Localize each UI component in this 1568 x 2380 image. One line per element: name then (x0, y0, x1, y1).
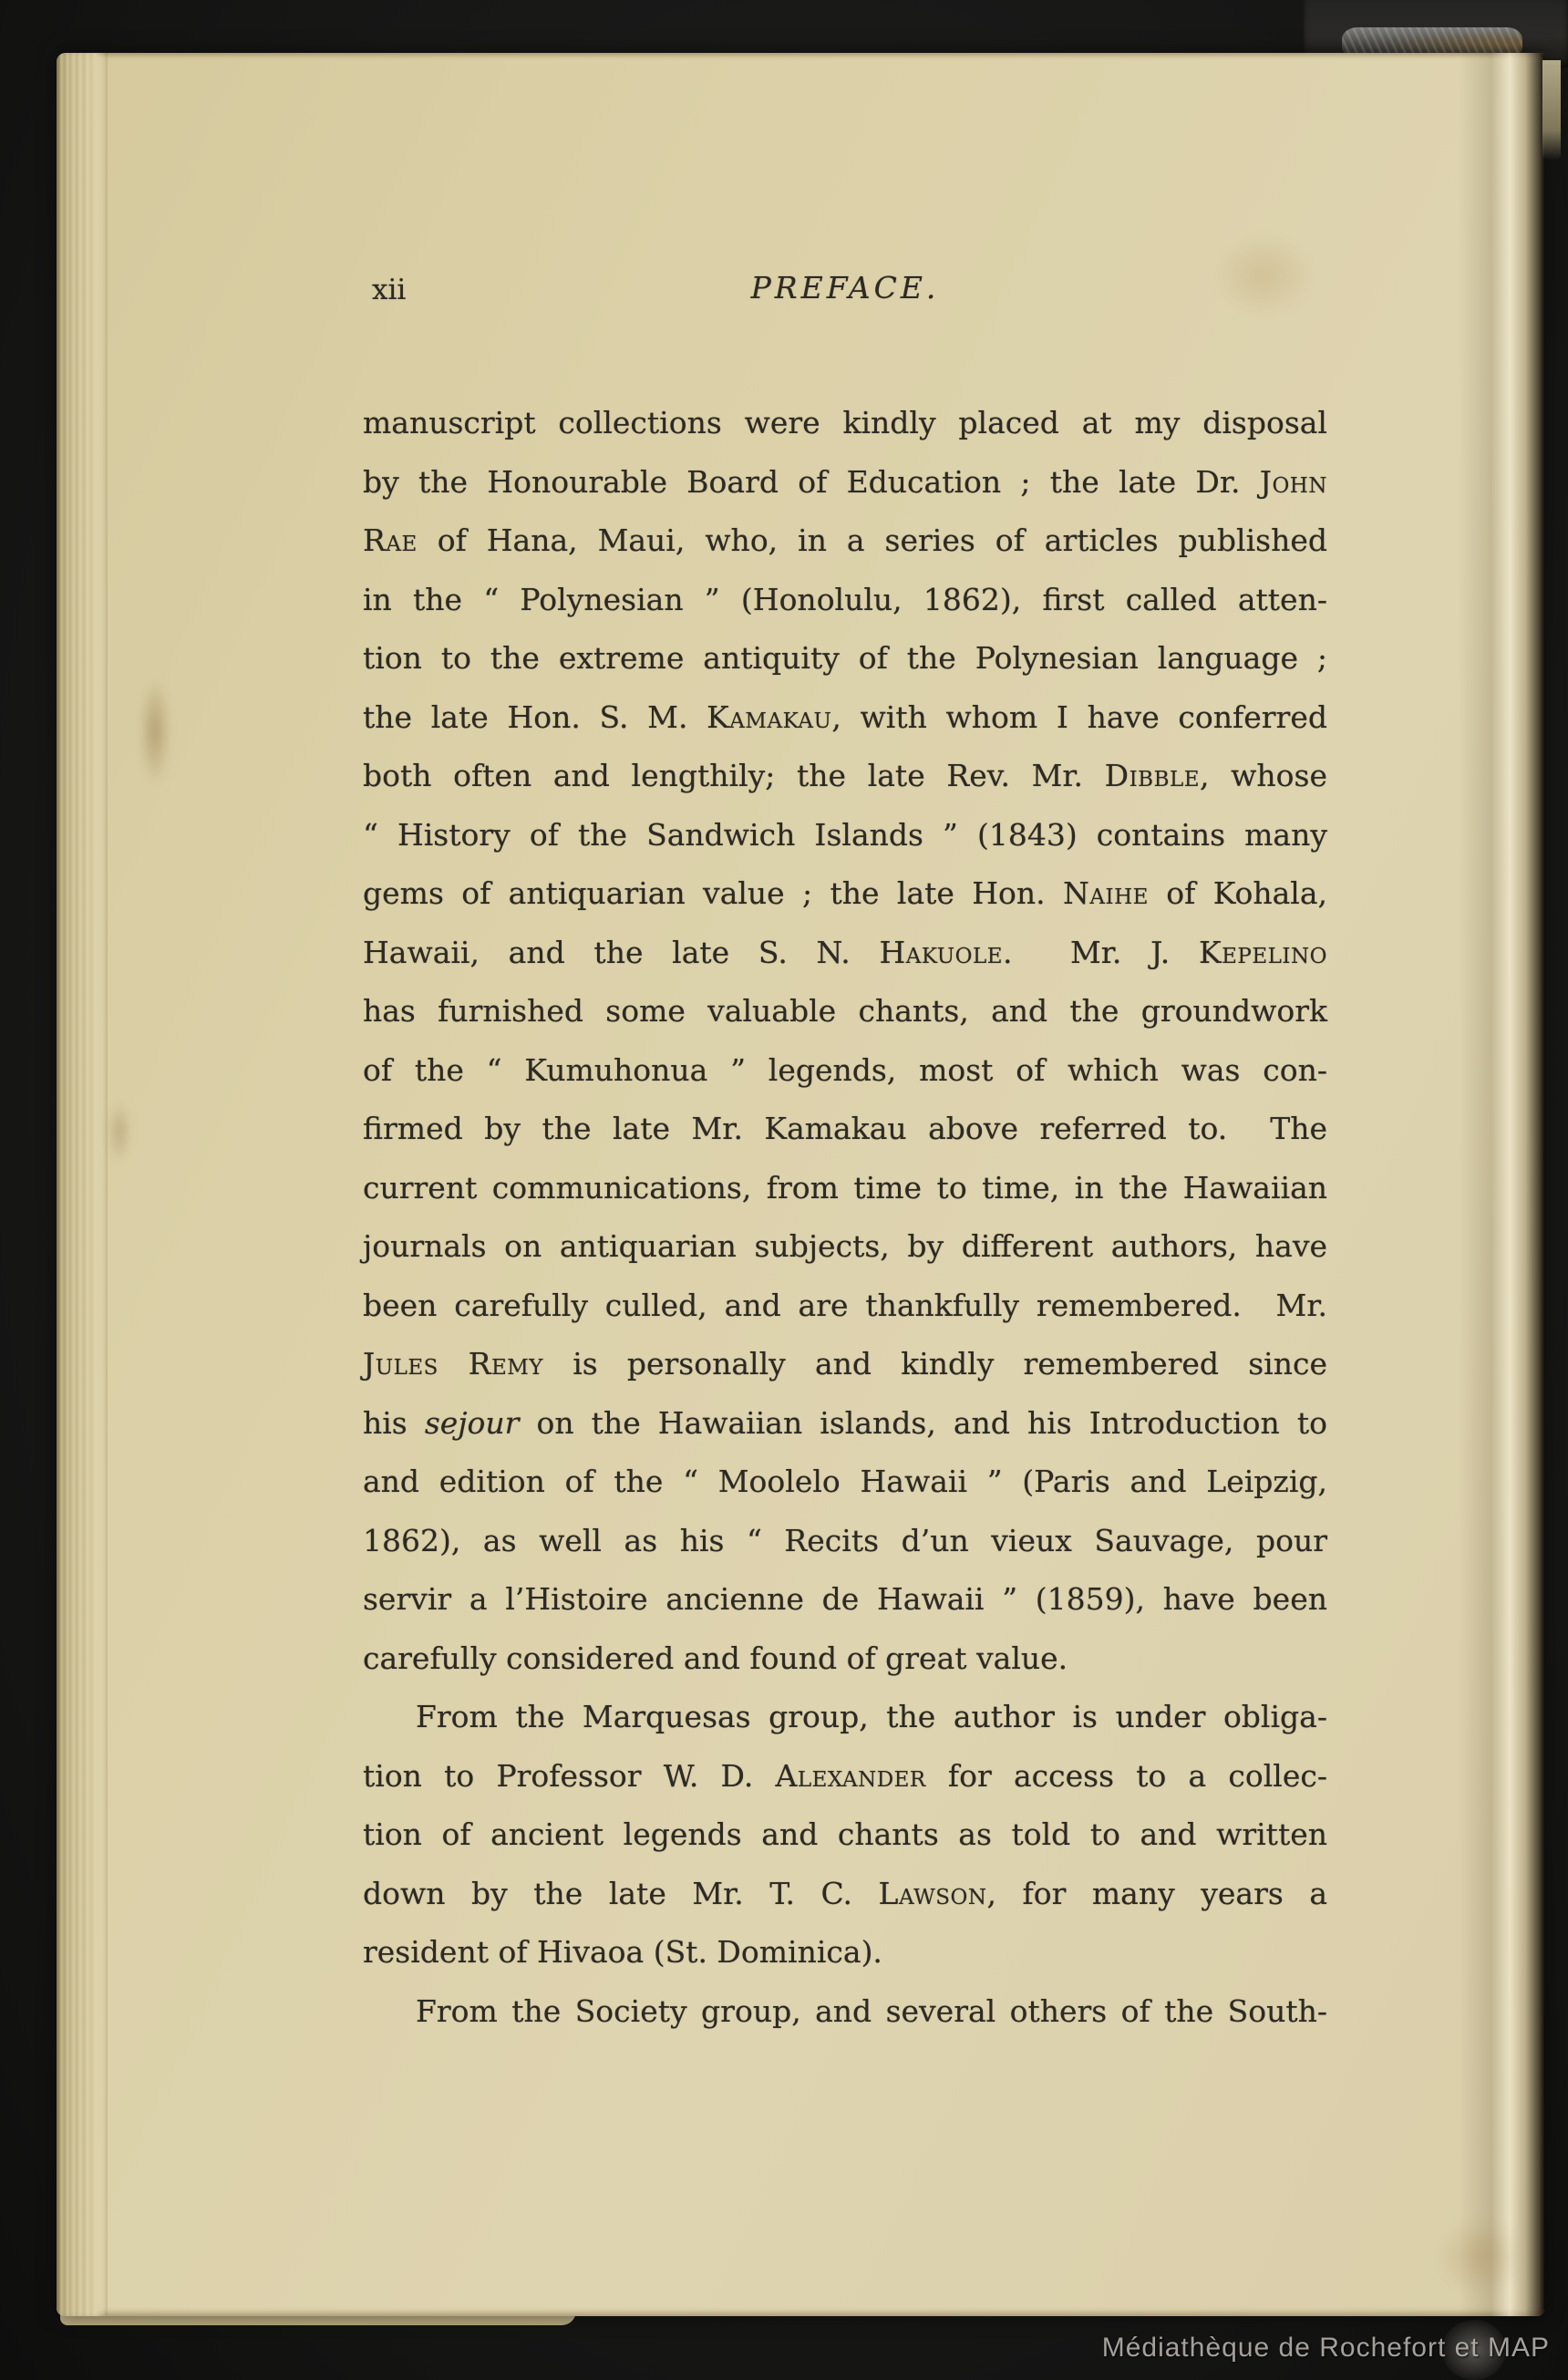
text-line: of the “ Kumuhonua ” legends, most of wh… (363, 1041, 1327, 1101)
text-line: resident of Hivaoa (St. Dominica). (363, 1923, 1327, 1982)
text-line: manuscript collections were kindly place… (363, 394, 1327, 453)
body-text: manuscript collections were kindly place… (363, 394, 1327, 2041)
text-line: by the Honourable Board of Education ; t… (363, 453, 1327, 512)
text-line: servir a l’Histoire ancienne de Hawaii ”… (363, 1570, 1327, 1630)
text-line: and edition of the “ Moolelo Hawaii ” (P… (363, 1453, 1327, 1512)
text-line: down by the late Mr. T. C. Lawson, for m… (363, 1865, 1327, 1924)
next-page-sliver (1542, 60, 1561, 160)
running-title: PREFACE. (363, 270, 1327, 305)
text-line: current communications, from time to tim… (363, 1159, 1327, 1218)
page-stain (1439, 2220, 1522, 2294)
page-stain (109, 1102, 129, 1162)
text-line: been carefully culled, and are thankfull… (363, 1277, 1327, 1336)
text-line: From the Marquesas group, the author is … (363, 1688, 1327, 1747)
text-line: carefully considered and found of great … (363, 1630, 1327, 1689)
text-line: in the “ Polynesian ” (Honolulu, 1862), … (363, 571, 1327, 630)
page-header: xii PREFACE. (363, 270, 1327, 316)
text-line: gems of antiquarian value ; the late Hon… (363, 864, 1327, 924)
text-line: tion of ancient legends and chants as to… (363, 1806, 1327, 1865)
text-line: his sejour on the Hawaiian islands, and … (363, 1394, 1327, 1454)
text-line: journals on antiquarian subjects, by dif… (363, 1217, 1327, 1277)
printed-text-area: xii PREFACE. manuscript collections were… (363, 270, 1327, 2041)
text-line: Jules Remy is personally and kindly reme… (363, 1335, 1327, 1394)
text-line: firmed by the late Mr. Kamakau above ref… (363, 1100, 1327, 1159)
text-line: Hawaii, and the late S. N. Hakuole. Mr. … (363, 924, 1327, 983)
text-line: Rae of Hana, Maui, who, in a series of a… (363, 512, 1327, 571)
text-line: tion to Professor W. D. Alexander for ac… (363, 1747, 1327, 1806)
page-stain (140, 680, 170, 782)
text-line: From the Society group, and several othe… (363, 1982, 1327, 2042)
book-photo: xii PREFACE. manuscript collections were… (0, 0, 1568, 2380)
text-line: both often and lengthily; the late Rev. … (363, 747, 1327, 806)
text-line: has furnished some valuable chants, and … (363, 982, 1327, 1041)
text-line: tion to the extreme antiquity of the Pol… (363, 629, 1327, 688)
page-fold-right (1459, 53, 1544, 2316)
text-line: “ History of the Sandwich Islands ” (184… (363, 806, 1327, 865)
watermark-text: Médiathèque de Rochefort et MAP (1102, 2333, 1550, 2364)
text-line: 1862), as well as his “ Recits d’un vieu… (363, 1512, 1327, 1571)
page-edges-left (57, 53, 108, 2316)
text-line: the late Hon. S. M. Kamakau, with whom I… (363, 688, 1327, 748)
